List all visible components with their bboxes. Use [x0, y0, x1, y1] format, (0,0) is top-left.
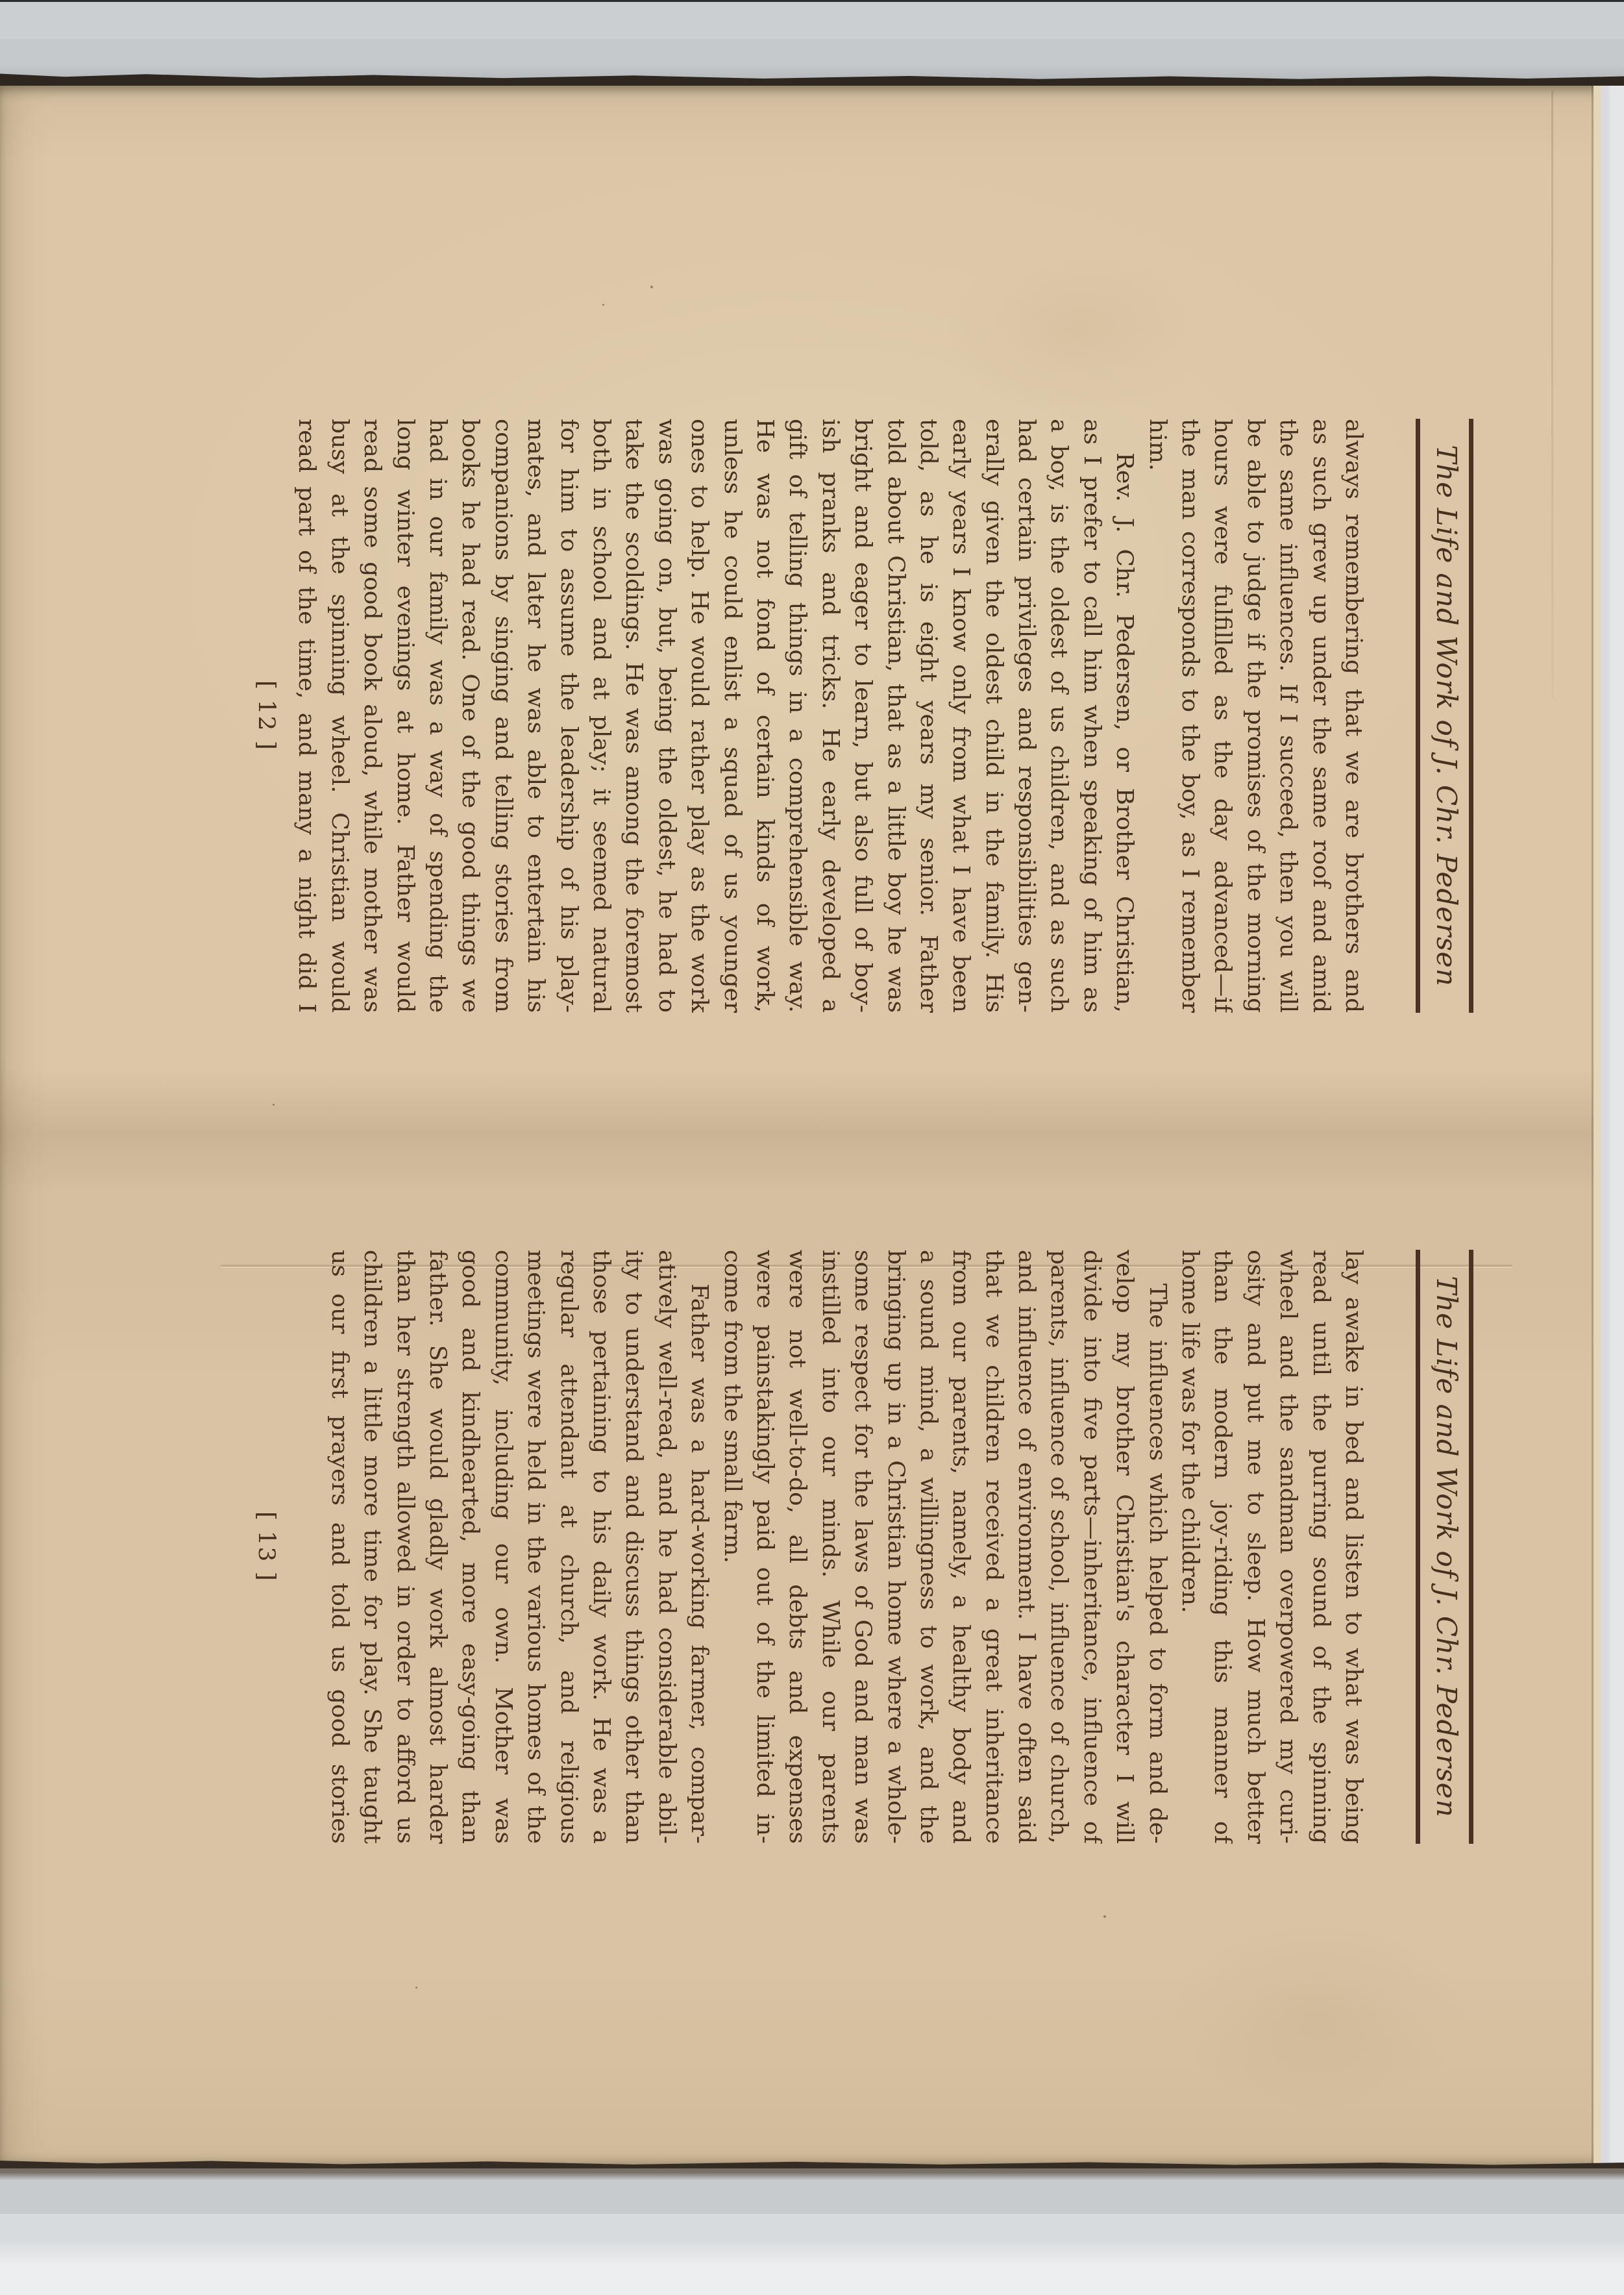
page-13-body-text: lay awake in bed and listen to what was …	[323, 1250, 1370, 1844]
text-line: from our parents, namely, a healthy body…	[944, 1250, 977, 1844]
text-line: children a little more time for play. Sh…	[356, 1250, 388, 1844]
text-line: told about Christian, that as a little b…	[879, 419, 911, 1013]
text-line: ish pranks and tricks. He early develope…	[813, 419, 846, 1013]
paper-stain	[941, 247, 1214, 416]
scanner-background-top	[0, 0, 1624, 87]
page-fore-edge-right	[1592, 86, 1624, 2166]
text-line: some respect for the laws of God and man…	[846, 1250, 879, 1844]
text-line: those pertaining to his daily work. He w…	[585, 1250, 617, 1844]
text-line: the man corresponds to the boy, as I rem…	[1174, 419, 1206, 1013]
text-line: us our first prayers and told us good st…	[323, 1250, 356, 1844]
running-head: The Life and Work of J. Chr. Pedersen	[1428, 419, 1464, 1013]
text-line: parents, influence of school, influence …	[1042, 1250, 1075, 1844]
ink-speck	[602, 304, 604, 306]
text-line: hours were fulfilled as the day advanced…	[1206, 419, 1238, 1013]
header-rule-top	[1469, 1250, 1473, 1844]
text-line: a boy, is the oldest of us children, and…	[1042, 419, 1075, 1013]
text-line: were not well-to-do, all debts and expen…	[781, 1250, 813, 1844]
text-line: read some good book aloud, while mother …	[356, 419, 388, 1013]
text-line: early years I know only from what I have…	[944, 419, 977, 1013]
paper-stain	[1168, 1922, 1467, 2110]
text-line: were painstakingly paid out of the limit…	[748, 1250, 781, 1844]
text-line: gift of telling things in a comprehensib…	[781, 419, 813, 1013]
ink-speck	[273, 1104, 275, 1106]
text-line: Father was a hard-working farmer, compar…	[683, 1250, 715, 1844]
text-line: companions by singing and telling storie…	[486, 419, 519, 1013]
book-spine-shadow	[0, 1071, 1624, 1195]
ink-speck	[415, 1987, 417, 1989]
page-13-folio: [ 13 ]	[249, 1250, 283, 1844]
page-12-folio: [ 12 ]	[249, 419, 283, 1013]
text-line: was going on, but, being the oldest, he …	[650, 419, 682, 1013]
text-line: regular attendant at church, and religio…	[552, 1250, 584, 1844]
text-line: books he had read. One of the good thing…	[454, 419, 486, 1013]
text-line: atively well-read, and he had considerab…	[650, 1250, 682, 1844]
text-line: had in our family was a way of spending …	[421, 419, 454, 1013]
text-line: bright and eager to learn, but also full…	[846, 419, 879, 1013]
text-line: than the modern joy-riding this manner o…	[1206, 1250, 1238, 1844]
text-line: mates, and later he was able to entertai…	[519, 419, 552, 1013]
text-line: community, including our own. Mother was	[486, 1250, 519, 1844]
text-line: than her strength allowed in order to af…	[388, 1250, 421, 1844]
text-line: the same influences. If I succeed, then …	[1272, 419, 1304, 1013]
scanner-background-bottom	[0, 2168, 1624, 2295]
text-line: had certain privileges and responsibilit…	[1010, 419, 1042, 1013]
text-line: ity to understand and discuss things oth…	[617, 1250, 650, 1844]
text-line: a sound mind, a willingness to work, and…	[912, 1250, 944, 1844]
text-line: ones to help. He would rather play as th…	[683, 419, 715, 1013]
ink-speck	[650, 286, 653, 288]
header-rule-bottom	[1416, 419, 1420, 1013]
book-scan: { "running_head": "The Life and Work of …	[0, 0, 1624, 2295]
text-line: divide into five parts—inheritance, infl…	[1075, 1250, 1107, 1844]
text-line: unless he could enlist a squad of us you…	[715, 419, 748, 1013]
text-line: father. She would gladly work almost har…	[421, 1250, 454, 1844]
text-line: and influence of environment. I have oft…	[1010, 1250, 1042, 1844]
text-line: good and kindhearted, more easy-going th…	[454, 1250, 486, 1844]
text-line: home life was for the children.	[1174, 1250, 1206, 1844]
text-line: bringing up in a Christian home where a …	[879, 1250, 911, 1844]
header-rule-bottom	[1416, 1250, 1420, 1844]
text-line: long winter evenings at home. Father wou…	[388, 419, 421, 1013]
text-line: both in school and at play; it seemed na…	[585, 419, 617, 1013]
text-line: be able to judge if the promises of the …	[1238, 419, 1271, 1013]
text-line: as such grew up under the same roof and …	[1304, 419, 1336, 1013]
text-line: He was not fond of certain kinds of work…	[748, 419, 781, 1013]
text-line: busy at the spinning wheel. Christian wo…	[323, 419, 356, 1013]
page-13-text-block: The Life and Work of J. Chr. Pedersen la…	[214, 1250, 1486, 1844]
text-line: as I prefer to call him when speaking of…	[1075, 419, 1107, 1013]
text-line: erally given the oldest child in the fam…	[977, 419, 1009, 1013]
text-line: velop my brother Christian's character I…	[1108, 1250, 1140, 1844]
page-12-body-text: always remembering that we are brothers …	[290, 419, 1370, 1013]
header-rule-top	[1469, 419, 1473, 1013]
text-line: instilled into our minds. While our pare…	[813, 1250, 846, 1844]
running-head: The Life and Work of J. Chr. Pedersen	[1428, 1250, 1464, 1844]
text-line: read part of the time, and many a night …	[290, 419, 323, 1013]
page-12-text-block: The Life and Work of J. Chr. Pedersen al…	[214, 419, 1486, 1013]
ink-speck	[1103, 1915, 1106, 1918]
paper-crease-vertical	[1551, 91, 1553, 698]
text-line: take the scoldings. He was among the for…	[617, 419, 650, 1013]
text-line: for him to assume the leadership of his …	[552, 419, 584, 1013]
text-line: wheel and the sandman overpowered my cur…	[1272, 1250, 1304, 1844]
text-line: Rev. J. Chr. Pedersen, or Brother Christ…	[1108, 419, 1140, 1013]
text-line: The influences which helped to form and …	[1140, 1250, 1173, 1844]
text-line: meetings were held in the various homes …	[519, 1250, 552, 1844]
text-line: read until the purring sound of the spin…	[1304, 1250, 1336, 1844]
text-line: him.	[1140, 419, 1173, 1013]
text-line: told, as he is eight years my senior. Fa…	[912, 419, 944, 1013]
text-line: lay awake in bed and listen to what was …	[1337, 1250, 1370, 1844]
text-line: come from the small farm.	[715, 1250, 748, 1844]
text-line: that we children received a great inheri…	[977, 1250, 1009, 1844]
text-line: always remembering that we are brothers …	[1337, 419, 1370, 1013]
text-line: osity and put me to sleep. How much bett…	[1238, 1250, 1271, 1844]
